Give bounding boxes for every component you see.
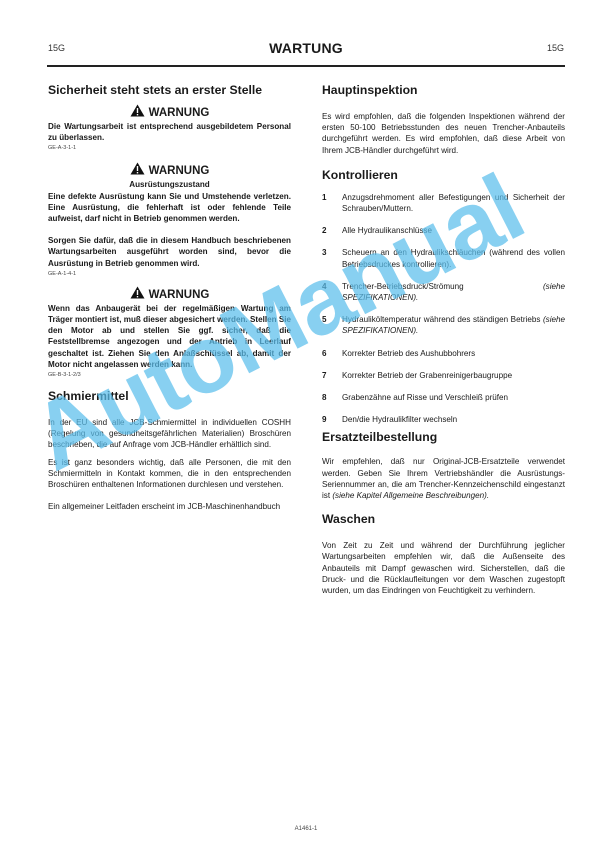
item-text: Anzugsdrehmoment aller Befestigungen und… — [342, 192, 565, 214]
main-inspection-text: Es wird empfohlen, daß die folgenden Ins… — [322, 111, 565, 156]
page-title: WARTUNG — [0, 40, 612, 56]
item-number: 5 — [322, 314, 342, 336]
item-text: Den/die Hydraulikfilter wechseln — [342, 414, 565, 425]
warning-block-3: WARNUNG Wenn das Anbaugerät bei der rege… — [48, 286, 291, 379]
lubricants-paragraph: Ein allgemeiner Leitfaden erscheint im J… — [48, 501, 291, 512]
list-item: 1Anzugsdrehmoment aller Befestigungen un… — [322, 192, 565, 214]
item-number: 3 — [322, 247, 342, 269]
lubricants-heading: Schmiermittel — [48, 389, 291, 404]
list-item: 8Grabenzähne auf Risse und Verschleiß pr… — [322, 392, 565, 403]
washing-text: Von Zeit zu Zeit und während der Durchfü… — [322, 540, 565, 596]
item-number: 2 — [322, 225, 342, 236]
item-text: Grabenzähne auf Risse und Verschleiß prü… — [342, 392, 565, 403]
left-column: Sicherheit steht stets an erster Stelle … — [48, 83, 291, 512]
warning-label: WARNUNG — [149, 165, 210, 177]
item-text: Korrekter Betrieb des Aushubbohrers — [342, 348, 565, 359]
item-number: 7 — [322, 370, 342, 381]
reference-code: GE-B-3-1-2/3 — [48, 371, 291, 379]
item-text: Hydrauliköltemperatur während des ständi… — [342, 314, 565, 336]
right-column: Hauptinspektion Es wird empfohlen, daß d… — [322, 83, 565, 596]
item-number: 6 — [322, 348, 342, 359]
section-code-right: 15G — [547, 43, 564, 53]
list-item: 2Alle Hydraulikanschlüsse — [322, 225, 565, 236]
item-number: 8 — [322, 392, 342, 403]
warning-subtitle: Ausrüstungszustand — [48, 179, 291, 190]
warning-block-2: WARNUNG Ausrüstungszustand Eine defekte … — [48, 162, 291, 277]
warning-triangle-icon — [130, 162, 145, 179]
warning-text: Die Wartungsarbeit ist entsprechend ausg… — [48, 121, 291, 143]
warning-text: Eine defekte Ausrüstung kann Sie und Ums… — [48, 191, 291, 225]
list-item: 4Trencher-Betriebsdruck/Strömung (siehe … — [322, 281, 565, 303]
item-number: 9 — [322, 414, 342, 425]
warning-heading: WARNUNG — [48, 286, 291, 303]
warning-label: WARNUNG — [149, 107, 210, 119]
warning-triangle-icon — [130, 286, 145, 303]
list-item: 3Scheuern an den Hydraulikschläuchen (wä… — [322, 247, 565, 269]
document-code: A1461-1 — [0, 826, 612, 832]
list-item: 7Korrekter Betrieb der Grabenreinigerbau… — [322, 370, 565, 381]
list-item: 5Hydrauliköltemperatur während des ständ… — [322, 314, 565, 336]
lubricants-paragraph: In der EU sind alle JCB-Schmiermittel in… — [48, 417, 291, 451]
warning-text: Sorgen Sie dafür, daß die in diesem Hand… — [48, 235, 291, 269]
item-text: Scheuern an den Hydraulikschläuchen (wäh… — [342, 247, 565, 269]
list-item: 6Korrekter Betrieb des Aushubbohrers — [322, 348, 565, 359]
checks-heading: Kontrollieren — [322, 168, 565, 183]
spare-parts-text: Wir empfehlen, daß nur Original-JCB-Ersa… — [322, 456, 565, 501]
warning-heading: WARNUNG — [48, 104, 291, 121]
item-number: 1 — [322, 192, 342, 214]
header-divider — [47, 65, 565, 67]
warning-heading: WARNUNG — [48, 162, 291, 179]
warning-triangle-icon — [130, 104, 145, 121]
safety-heading: Sicherheit steht stets an erster Stelle — [48, 83, 291, 98]
list-item: 9Den/die Hydraulikfilter wechseln — [322, 414, 565, 425]
item-number: 4 — [322, 281, 342, 303]
checks-list: 1Anzugsdrehmoment aller Befestigungen un… — [322, 192, 565, 426]
item-text: Trencher-Betriebsdruck/Strömung (siehe S… — [342, 281, 565, 303]
main-inspection-heading: Hauptinspektion — [322, 83, 565, 98]
warning-block-1: WARNUNG Die Wartungsarbeit ist entsprech… — [48, 104, 291, 152]
warning-text: Wenn das Anbaugerät bei der regelmäßigen… — [48, 303, 291, 370]
washing-heading: Waschen — [322, 512, 565, 527]
spare-parts-heading: Ersatzteilbestellung — [322, 430, 565, 445]
item-text: Korrekter Betrieb der Grabenreinigerbaug… — [342, 370, 565, 381]
warning-label: WARNUNG — [149, 289, 210, 301]
lubricants-paragraph: Es ist ganz besonders wichtig, daß alle … — [48, 457, 291, 491]
reference-code: GE-A-1-4-1 — [48, 270, 291, 278]
reference-code: GE-A-3-1-1 — [48, 144, 291, 152]
item-text: Alle Hydraulikanschlüsse — [342, 225, 565, 236]
